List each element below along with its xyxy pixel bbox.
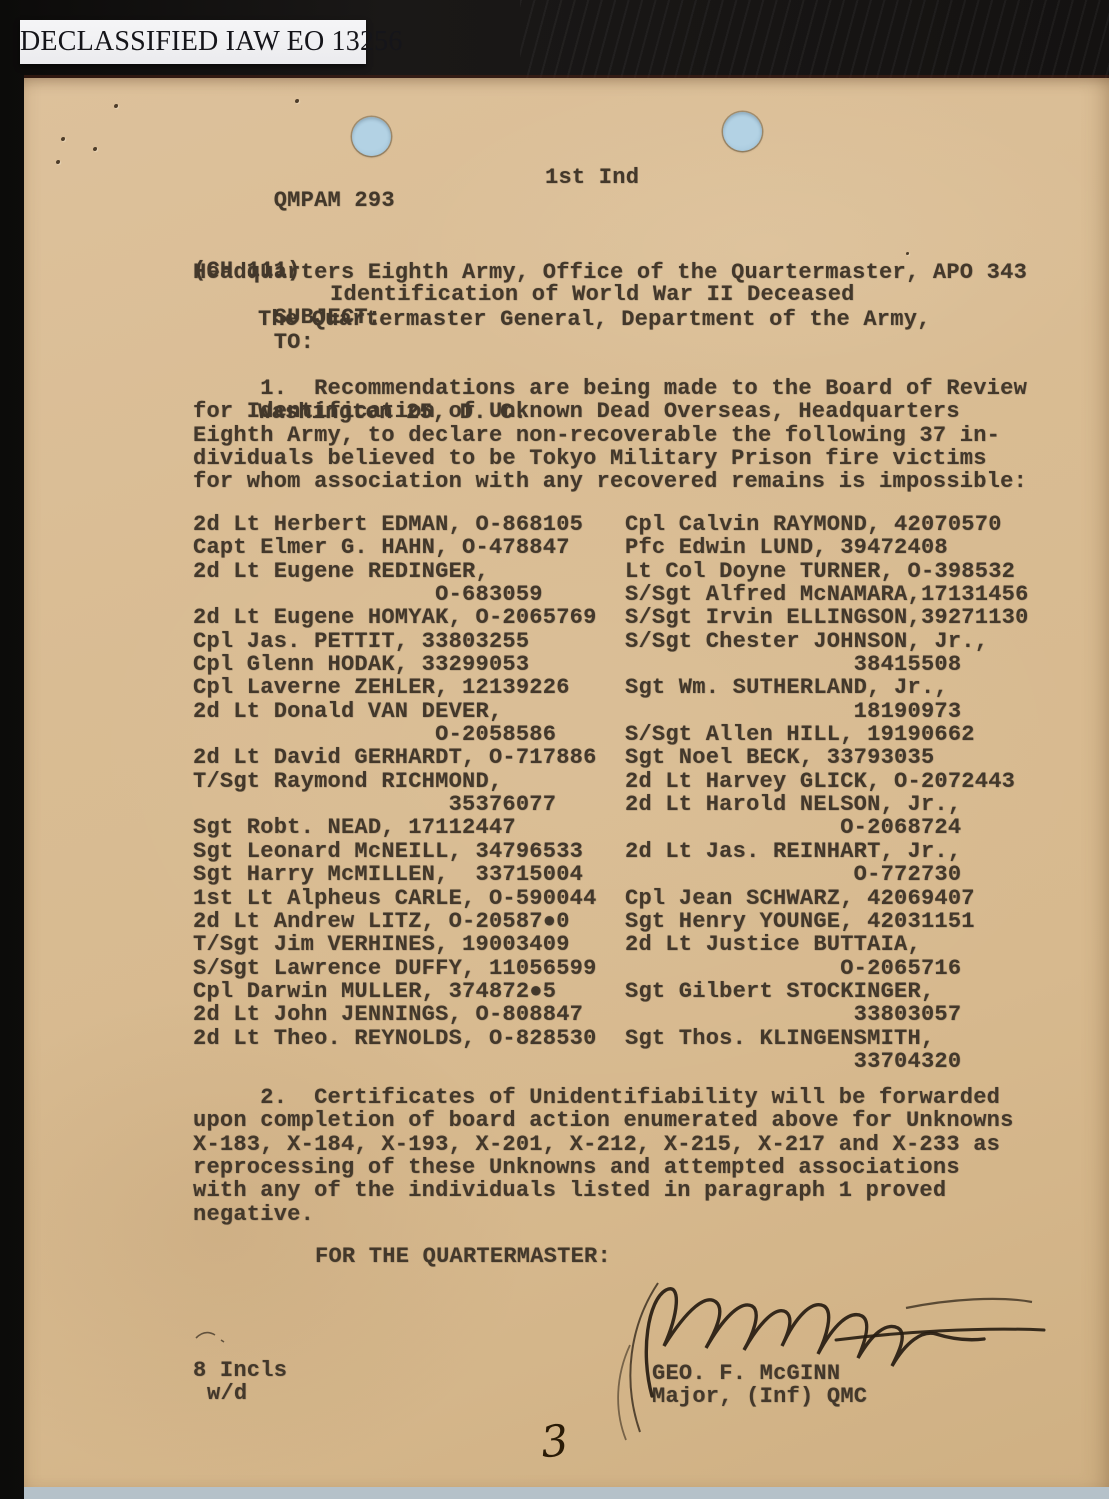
page-number: 3 bbox=[538, 1416, 570, 1469]
roster-line: Sgt Harry McMILLEN, 33715004 bbox=[193, 863, 597, 886]
paragraph-line: with any of the individuals listed in pa… bbox=[193, 1179, 1014, 1202]
signature-block: GEO. F. McGINN Major, (Inf) QMC bbox=[652, 1362, 867, 1409]
paragraph-line: reprocessing of these Unknowns and attem… bbox=[193, 1156, 1014, 1179]
roster-line: Cpl Glenn HODAK, 33299053 bbox=[193, 653, 597, 676]
paragraph-line: for whom association with any recovered … bbox=[193, 470, 1027, 493]
roster-line: O-2068724 bbox=[625, 816, 1029, 839]
hole-punch-right bbox=[723, 112, 762, 151]
doc-number: QMPAM 293 bbox=[274, 188, 395, 213]
roster-line: Cpl Laverne ZEHLER, 12139226 bbox=[193, 676, 597, 699]
to-label: TO: bbox=[274, 330, 314, 355]
roster-line: 2d Lt Harold NELSON, Jr., bbox=[625, 793, 1029, 816]
roster-line: T/Sgt Raymond RICHMOND, bbox=[193, 770, 597, 793]
roster-line: O-683059 bbox=[193, 583, 597, 606]
signer-title: Major, (Inf) QMC bbox=[652, 1385, 867, 1408]
paragraph-line: X-183, X-184, X-193, X-201, X-212, X-215… bbox=[193, 1133, 1014, 1156]
doc-number-line: QMPAM 293 1st Ind bbox=[193, 166, 395, 259]
paragraph-1: 1. Recommendations are being made to the… bbox=[193, 377, 1027, 494]
roster-line: S/Sgt Irvin ELLINGSON,39271130 bbox=[625, 606, 1029, 629]
roster-line: 2d Lt Justice BUTTAIA, bbox=[625, 933, 1029, 956]
roster-line: 2d Lt Herbert EDMAN, O-868105 bbox=[193, 513, 597, 536]
roster-line: Sgt Noel BECK, 33793035 bbox=[625, 746, 1029, 769]
roster-line: Cpl Darwin MULLER, 374872●5 bbox=[193, 980, 597, 1003]
roster-line: Pfc Edwin LUND, 39472408 bbox=[625, 536, 1029, 559]
roster-line: 2d Lt David GERHARDT, O-717886 bbox=[193, 746, 597, 769]
paragraph-line: 2. Certificates of Unidentifiability wil… bbox=[193, 1086, 1014, 1109]
to-text-line: The Quartermaster General, Department of… bbox=[258, 308, 931, 331]
paragraph-line: for Identification of Unknown Dead Overs… bbox=[193, 400, 1027, 423]
paragraph-line: 1. Recommendations are being made to the… bbox=[193, 377, 1027, 400]
roster-line: 2d Lt Harvey GLICK, O-2072443 bbox=[625, 770, 1029, 793]
enclosures-count: 8 Incls bbox=[193, 1359, 287, 1382]
subject-text: Identification of World War II Deceased bbox=[330, 283, 855, 306]
paragraph-line: upon completion of board action enumerat… bbox=[193, 1109, 1014, 1132]
bottom-strip bbox=[24, 1487, 1109, 1499]
roster-line: S/Sgt Chester JOHNSON, Jr., bbox=[625, 630, 1029, 653]
roster-line: Lt Col Doyne TURNER, O-398532 bbox=[625, 560, 1029, 583]
roster-line: Cpl Jean SCHWARZ, 42069407 bbox=[625, 887, 1029, 910]
roster-line: Sgt Gilbert STOCKINGER, bbox=[625, 980, 1029, 1003]
roster-line: S/Sgt Lawrence DUFFY, 11056599 bbox=[193, 957, 597, 980]
roster-line: 2d Lt Theo. REYNOLDS, O-828530 bbox=[193, 1027, 597, 1050]
roster-line: 2d Lt Eugene HOMYAK, O-2065769 bbox=[193, 606, 597, 629]
roster-line: 38415508 bbox=[625, 653, 1029, 676]
roster-line: 1st Lt Alpheus CARLE, O-590044 bbox=[193, 887, 597, 910]
issuing-office-line: Headquarters Eighth Army, Office of the … bbox=[193, 261, 1027, 284]
paragraph-line: dividuals believed to be Tokyo Military … bbox=[193, 447, 1027, 470]
declassified-banner: DECLASSIFIED IAW EO 13256 bbox=[20, 20, 366, 64]
roster-line: S/Sgt Alfred McNAMARA,17131456 bbox=[625, 583, 1029, 606]
scanned-document-page: DECLASSIFIED IAW EO 13256 QMPAM 293 1st … bbox=[0, 0, 1109, 1499]
roster-line: Cpl Jas. PETTIT, 33803255 bbox=[193, 630, 597, 653]
roster-line: Sgt Wm. SUTHERLAND, Jr., bbox=[625, 676, 1029, 699]
roster-line: Capt Elmer G. HAHN, O-478847 bbox=[193, 536, 597, 559]
roster-line: Sgt Leonard McNEILL, 34796533 bbox=[193, 840, 597, 863]
roster-line: 2d Lt Jas. REINHART, Jr., bbox=[625, 840, 1029, 863]
salutation-block: FOR THE QUARTERMASTER: bbox=[315, 1245, 611, 1268]
roster-line: S/Sgt Allen HILL, 19190662 bbox=[625, 723, 1029, 746]
withdrawal-note: w/d bbox=[193, 1382, 287, 1405]
paragraph-line: negative. bbox=[193, 1203, 1014, 1226]
roster-line: 35376077 bbox=[193, 793, 597, 816]
roster-line: O-2065716 bbox=[625, 957, 1029, 980]
roster-line: Cpl Calvin RAYMOND, 42070570 bbox=[625, 513, 1029, 536]
hole-punch-left bbox=[352, 117, 391, 156]
roster-left-column: 2d Lt Herbert EDMAN, O-868105 Capt Elmer… bbox=[193, 513, 597, 1050]
scanner-bed-texture bbox=[520, 0, 1109, 84]
office-text: Headquarters Eighth Army, Office of the … bbox=[193, 261, 1027, 284]
roster-line: T/Sgt Jim VERHINES, 19003409 bbox=[193, 933, 597, 956]
paragraph-2: 2. Certificates of Unidentifiability wil… bbox=[193, 1086, 1014, 1226]
roster-line: 2d Lt Donald VAN DEVER, bbox=[193, 700, 597, 723]
paragraph-line: Eighth Army, to declare non-recoverable … bbox=[193, 424, 1027, 447]
roster-line: 33803057 bbox=[625, 1003, 1029, 1026]
roster-line: Sgt Henry YOUNGE, 42031151 bbox=[625, 910, 1029, 933]
roster-line: 2d Lt Andrew LITZ, O-20587●0 bbox=[193, 910, 597, 933]
salutation-text: FOR THE QUARTERMASTER: bbox=[315, 1245, 611, 1268]
roster-right-column: Cpl Calvin RAYMOND, 42070570 Pfc Edwin L… bbox=[625, 513, 1029, 1073]
roster-line: Sgt Thos. KLINGENSMITH, bbox=[625, 1027, 1029, 1050]
indorsement-label: 1st Ind bbox=[545, 166, 639, 189]
roster-line: O-772730 bbox=[625, 863, 1029, 886]
roster-line: 2d Lt Eugene REDINGER, bbox=[193, 560, 597, 583]
enclosures-block: 8 Incls w/d bbox=[193, 1359, 287, 1406]
roster-line: O-2058586 bbox=[193, 723, 597, 746]
roster-line: 2d Lt John JENNINGS, O-808847 bbox=[193, 1003, 597, 1026]
roster-line: 18190973 bbox=[625, 700, 1029, 723]
roster-line: 33704320 bbox=[625, 1050, 1029, 1073]
signer-name: GEO. F. McGINN bbox=[652, 1362, 867, 1385]
roster-line: Sgt Robt. NEAD, 17112447 bbox=[193, 816, 597, 839]
